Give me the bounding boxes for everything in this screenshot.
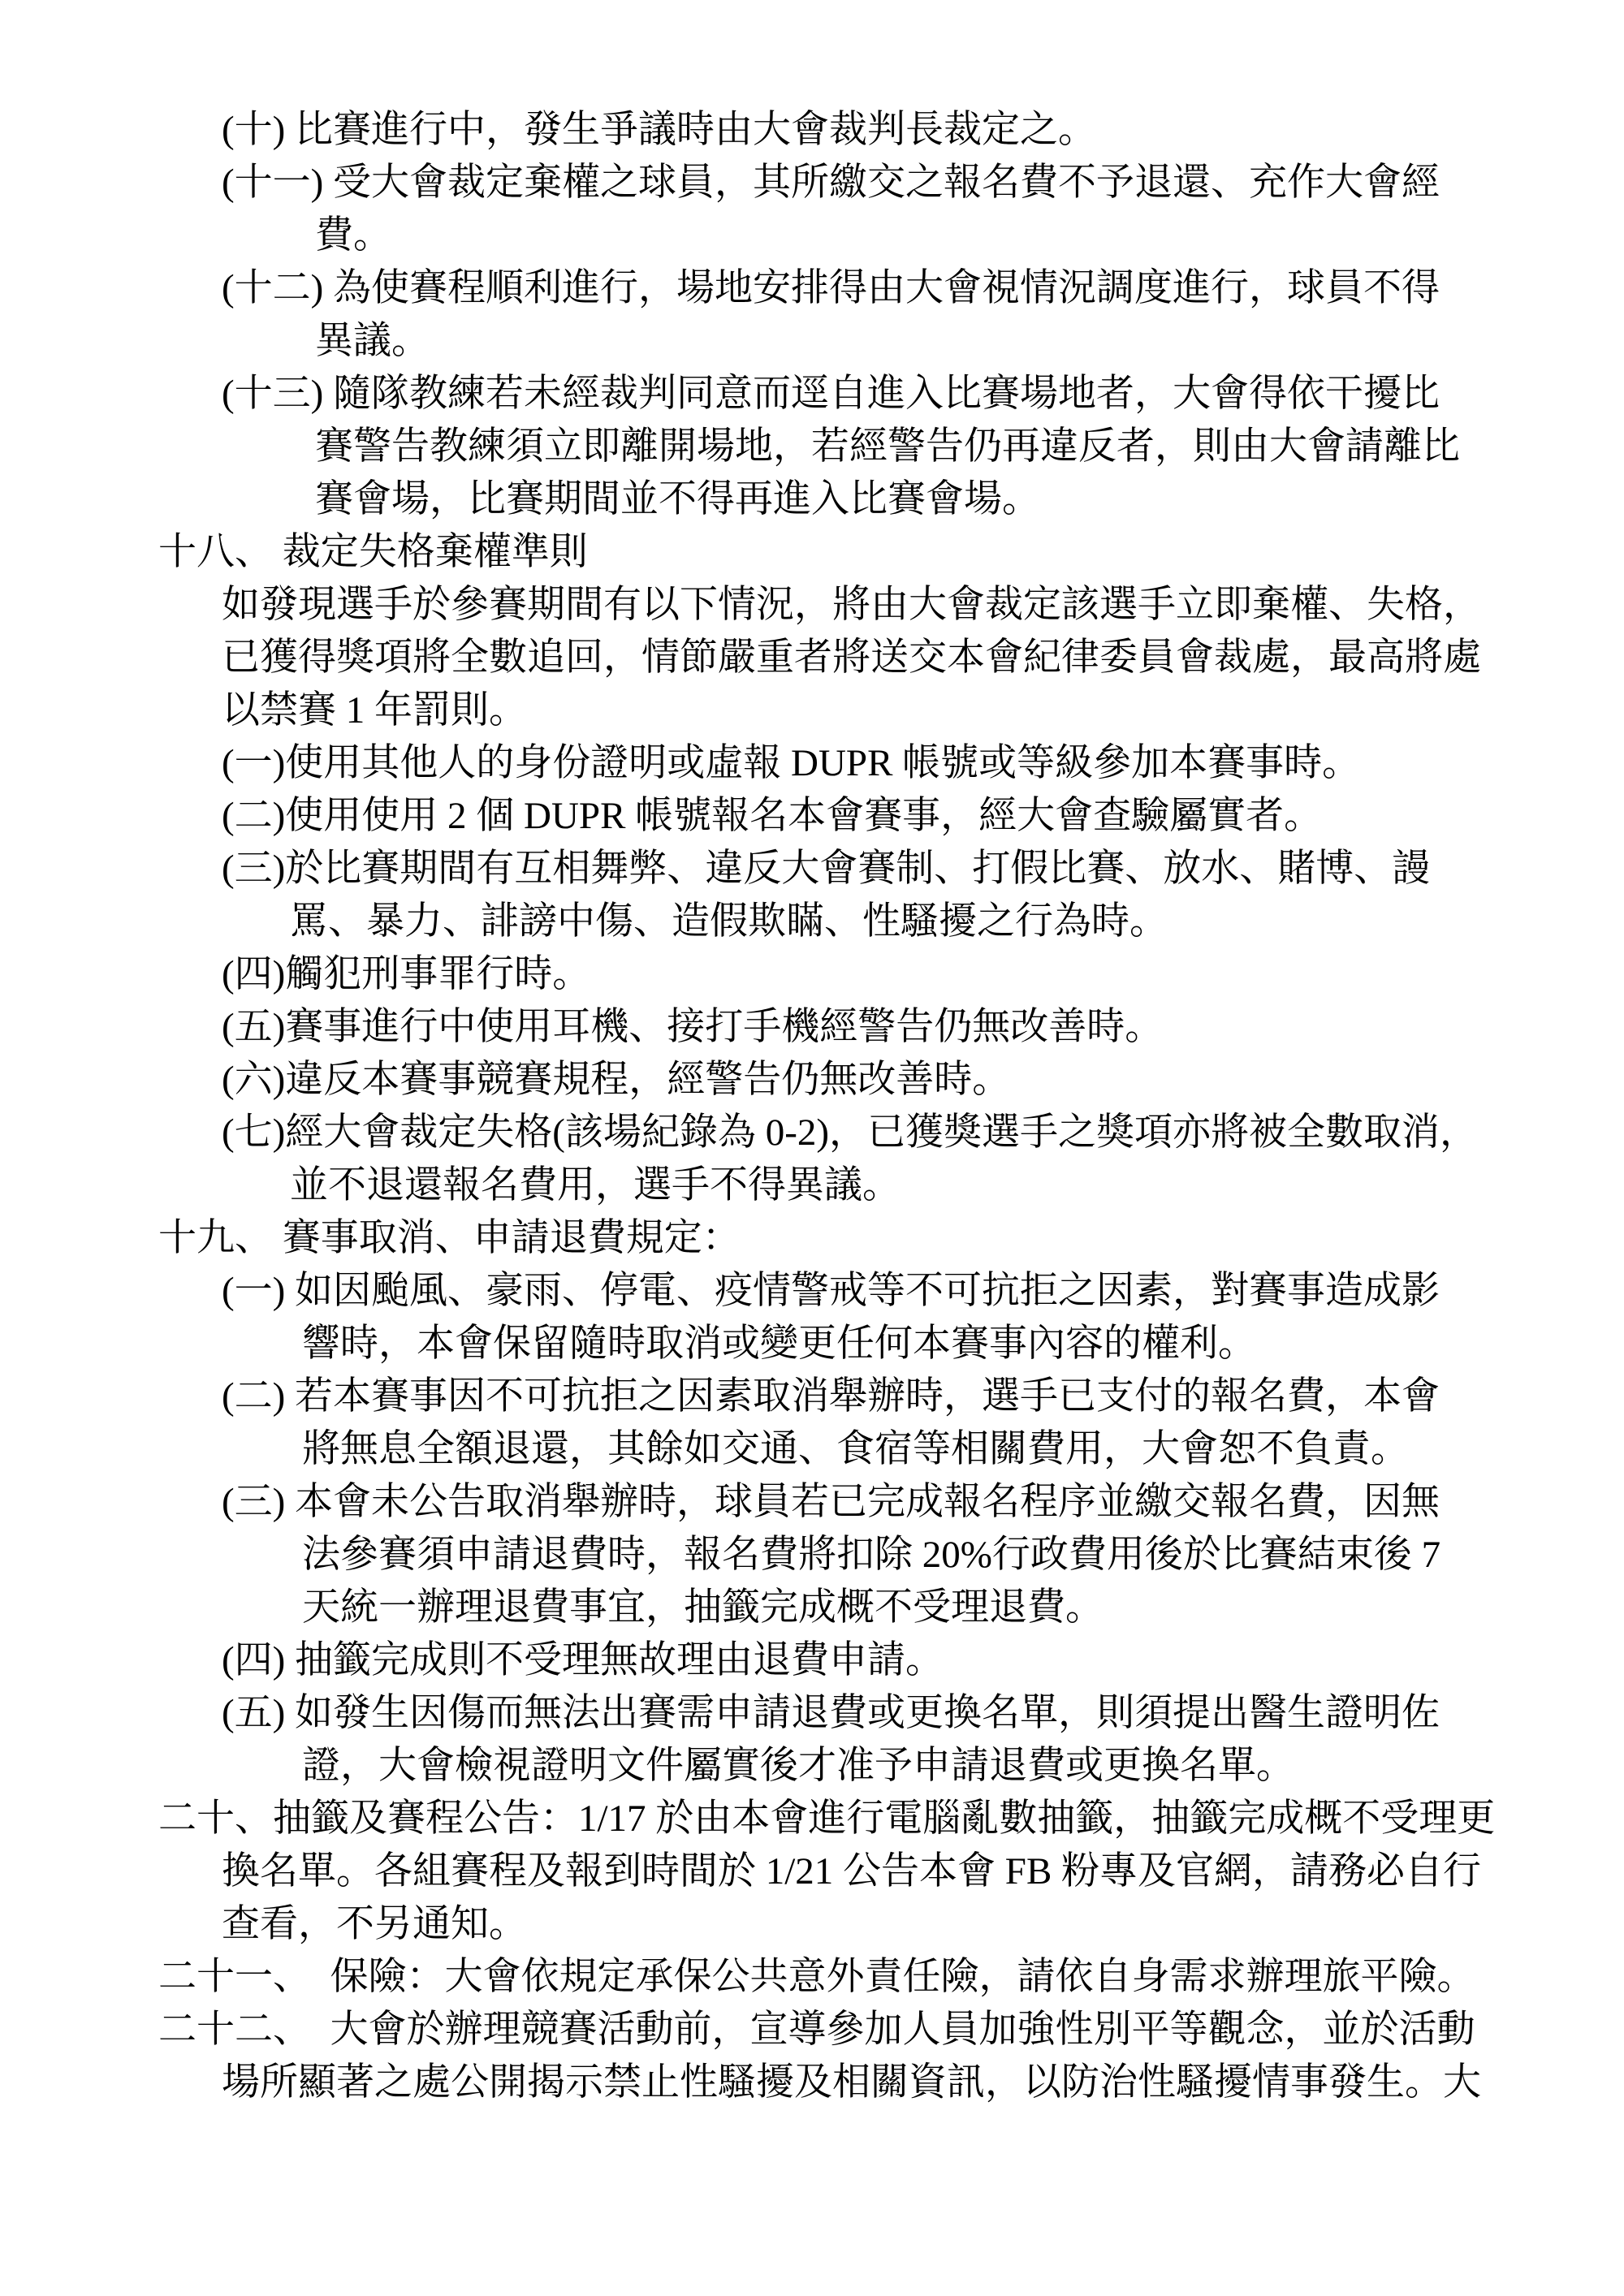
doc-line: 查看，不另通知。 — [222, 1898, 1624, 1951]
doc-line: 響時，本會保留隨時取消或變更任何本賽事內容的權利。 — [302, 1318, 1624, 1370]
doc-line: 賽警告教練須立即離開場地，若經警告仍再違反者，則由大會請離比 — [315, 421, 1624, 473]
doc-line: 天統一辦理退費事宜，抽籤完成概不受理退費。 — [302, 1582, 1624, 1634]
doc-section-heading: 十九、 賽事取消、申請退費規定： — [158, 1212, 1624, 1265]
doc-line: 場所顯著之處公開揭示禁止性騷擾及相關資訊，以防治性騷擾情事發生。大 — [222, 2056, 1624, 2109]
document-page: (十) 比賽進行中，發生爭議時由大會裁判長裁定之。 (十一) 受大會裁定棄權之球… — [0, 0, 1624, 2296]
doc-line: (五) 如發生因傷而無法出賽需申請退費或更換名單，則須提出醫生證明佐 — [222, 1687, 1624, 1740]
doc-line: 換名單。各組賽程及報到時間於 1/21 公告本會 FB 粉專及官網，請務必自行 — [222, 1845, 1624, 1898]
doc-section-heading: 十八、 裁定失格棄權準則 — [158, 526, 1624, 579]
doc-line: (二) 若本賽事因不可抗拒之因素取消舉辦時，選手已支付的報名費，本會 — [222, 1370, 1624, 1423]
doc-line: (一) 如因颱風、豪雨、停電、疫情警戒等不可抗拒之因素，對賽事造成影 — [222, 1265, 1624, 1318]
doc-line: (五)賽事進行中使用耳機、接打手機經警告仍無改善時。 — [222, 1001, 1624, 1054]
doc-line: 並不退還報名費用，選手不得異議。 — [290, 1159, 1624, 1212]
doc-line: (六)違反本賽事競賽規程，經警告仍無改善時。 — [222, 1054, 1624, 1107]
doc-line: 以禁賽 1 年罰則。 — [222, 684, 1624, 737]
doc-line: 異議。 — [315, 315, 1624, 368]
doc-line: 罵、暴力、誹謗中傷、造假欺瞞、性騷擾之行為時。 — [290, 896, 1624, 948]
doc-line: (四)觸犯刑事罪行時。 — [222, 948, 1624, 1001]
doc-section-heading: 二十、抽籤及賽程公告：1/17 於由本會進行電腦亂數抽籤，抽籤完成概不受理更 — [158, 1793, 1624, 1845]
doc-line: (十一) 受大會裁定棄權之球員，其所繳交之報名費不予退還、充作大會經 — [222, 157, 1624, 209]
doc-line: 將無息全額退還，其餘如交通、食宿等相關費用，大會恕不負責。 — [302, 1423, 1624, 1476]
doc-line: (十三) 隨隊教練若未經裁判同意而逕自進入比賽場地者，大會得依干擾比 — [222, 368, 1624, 421]
doc-line: (三)於比賽期間有互相舞弊、違反大會賽制、打假比賽、放水、賭博、謾 — [222, 843, 1624, 896]
doc-section-heading: 二十一、 保險：大會依規定承保公共意外責任險，請依自身需求辦理旅平險。 — [158, 1951, 1624, 2004]
doc-line: 法參賽須申請退費時，報名費將扣除 20%行政費用後於比賽結束後 7 — [302, 1529, 1624, 1582]
doc-line: (一)使用其他人的身份證明或虛報 DUPR 帳號或等級參加本賽事時。 — [222, 737, 1624, 790]
doc-line: 如發現選手於參賽期間有以下情況，將由大會裁定該選手立即棄權、失格， — [222, 579, 1624, 632]
doc-line: (十二) 為使賽程順利進行，場地安排得由大會視情況調度進行，球員不得 — [222, 262, 1624, 315]
doc-line: (七)經大會裁定失格(該場紀錄為 0-2)，已獲獎選手之獎項亦將被全數取消， — [222, 1107, 1624, 1159]
doc-line: (四) 抽籤完成則不受理無故理由退費申請。 — [222, 1634, 1624, 1687]
doc-line: (三) 本會未公告取消舉辦時，球員若已完成報名程序並繳交報名費，因無 — [222, 1476, 1624, 1529]
doc-line: 賽會場，比賽期間並不得再進入比賽會場。 — [315, 473, 1624, 526]
doc-line: 證，大會檢視證明文件屬實後才准予申請退費或更換名單。 — [302, 1740, 1624, 1793]
doc-section-heading: 二十二、 大會於辦理競賽活動前，宣導參加人員加強性別平等觀念，並於活動 — [158, 2004, 1624, 2056]
doc-line: (十) 比賽進行中，發生爭議時由大會裁判長裁定之。 — [222, 104, 1624, 157]
doc-line: (二)使用使用 2 個 DUPR 帳號報名本會賽事，經大會查驗屬實者。 — [222, 790, 1624, 843]
doc-line: 已獲得獎項將全數追回，情節嚴重者將送交本會紀律委員會裁處，最高將處 — [222, 632, 1624, 684]
doc-line: 費。 — [315, 209, 1624, 262]
